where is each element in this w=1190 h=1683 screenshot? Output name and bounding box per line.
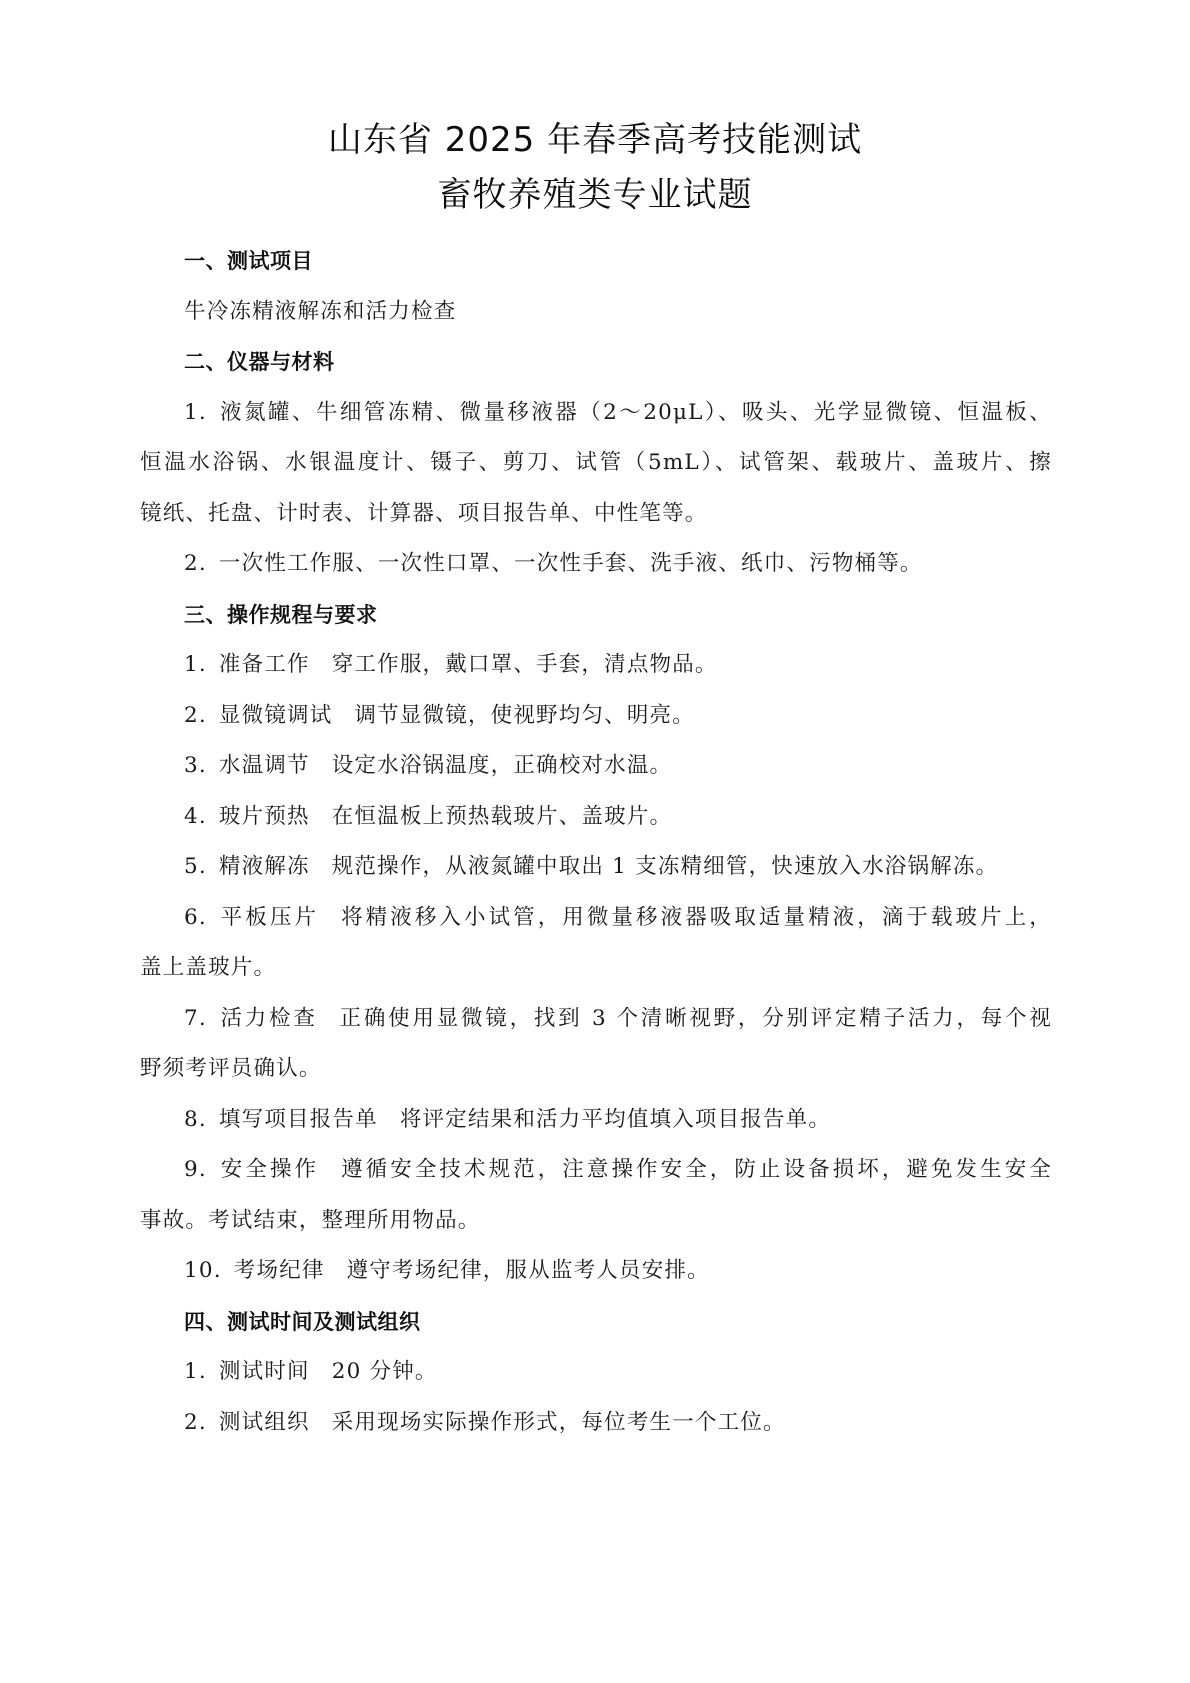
item-text: 采用现场实际操作形式，每位考生一个工位。 [332, 1410, 786, 1435]
item-label: 准备工作 [219, 652, 310, 677]
equipment-item-1-line2: 恒温水浴锅、水银温度计、镊子、剪刀、试管（5mL）、试管架、载玻片、盖玻片、擦 [140, 438, 1052, 489]
item-number: 4. [184, 804, 207, 829]
time-org-item-2: 2.测试组织采用现场实际操作形式，每位考生一个工位。 [140, 1398, 1052, 1449]
equipment-item-1-line1: 1.液氮罐、牛细管冻精、微量移液器（2～20μL）、吸头、光学显微镜、恒温板、 [140, 388, 1052, 439]
item-label: 考场纪律 [234, 1258, 325, 1283]
item-number: 7. [184, 1006, 207, 1031]
item-number: 5. [184, 854, 207, 879]
procedure-item-9: 9.安全操作遵循安全技术规范，注意操作安全，防止设备损坏，避免发生安全 [140, 1145, 1052, 1196]
item-text: 规范操作，从液氮罐中取出 1 支冻精细管，快速放入水浴锅解冻。 [332, 854, 999, 879]
item-text: 20 分钟。 [332, 1359, 438, 1384]
section-heading-equipment: 二、仪器与材料 [140, 337, 1052, 388]
item-label: 精液解冻 [219, 854, 310, 879]
equipment-item-1-line3: 镜纸、托盘、计时表、计算器、项目报告单、中性笔等。 [140, 489, 1052, 540]
item-text: 设定水浴锅温度，正确校对水温。 [332, 753, 673, 778]
document-body: 一、测试项目 牛冷冻精液解冻和活力检查 二、仪器与材料 1.液氮罐、牛细管冻精、… [140, 236, 1052, 1448]
item-number: 3. [184, 753, 207, 778]
procedure-item-5: 5.精液解冻规范操作，从液氮罐中取出 1 支冻精细管，快速放入水浴锅解冻。 [140, 842, 1052, 893]
item-text: 将评定结果和活力平均值填入项目报告单。 [400, 1107, 831, 1132]
procedure-item-6-continued: 盖上盖玻片。 [140, 943, 1052, 994]
item-number: 10. [184, 1258, 222, 1283]
procedure-item-10: 10.考场纪律遵守考场纪律，服从监考人员安排。 [140, 1246, 1052, 1297]
item-label: 测试时间 [219, 1359, 310, 1384]
procedure-item-6: 6.平板压片将精液移入小试管，用微量移液器吸取适量精液，滴于载玻片上， [140, 893, 1052, 944]
item-label: 填写项目报告单 [219, 1107, 378, 1132]
item-text: 遵守考场纪律，服从监考人员安排。 [347, 1258, 710, 1283]
item-text: 将精液移入小试管，用微量移液器吸取适量精液，滴于载玻片上， [341, 905, 1052, 930]
item-number: 8. [184, 1107, 207, 1132]
procedure-item-7-continued: 野须考评员确认。 [140, 1044, 1052, 1095]
item-number: 2. [184, 551, 207, 576]
item-label: 平板压片 [219, 905, 319, 930]
procedure-item-3: 3.水温调节设定水浴锅温度，正确校对水温。 [140, 741, 1052, 792]
test-item-content: 牛冷冻精液解冻和活力检查 [140, 287, 1052, 338]
item-number: 1. [184, 1359, 207, 1384]
item-text: 遵循安全技术规范，注意操作安全，防止设备损坏，避免发生安全 [341, 1157, 1052, 1182]
item-number: 9. [184, 1157, 207, 1182]
item-number: 1. [184, 652, 207, 677]
item-number: 2. [184, 703, 207, 728]
item-label: 活力检查 [219, 1006, 318, 1031]
procedure-item-7: 7.活力检查正确使用显微镜，找到 3 个清晰视野，分别评定精子活力，每个视 [140, 994, 1052, 1045]
item-label: 测试组织 [219, 1410, 310, 1435]
document-page: 山东省 2025 年春季高考技能测试 畜牧养殖类专业试题 一、测试项目 牛冷冻精… [0, 0, 1190, 1683]
item-text: 液氮罐、牛细管冻精、微量移液器（2～20μL）、吸头、光学显微镜、恒温板、 [219, 400, 1052, 425]
item-text: 在恒温板上预热载玻片、盖玻片。 [332, 804, 673, 829]
procedure-item-1: 1.准备工作穿工作服，戴口罩、手套，清点物品。 [140, 640, 1052, 691]
item-number: 1. [184, 400, 207, 425]
item-label: 安全操作 [219, 1157, 319, 1182]
procedure-item-8: 8.填写项目报告单将评定结果和活力平均值填入项目报告单。 [140, 1095, 1052, 1146]
item-number: 2. [184, 1410, 207, 1435]
procedure-item-9-continued: 事故。考试结束，整理所用物品。 [140, 1196, 1052, 1247]
time-org-item-1: 1.测试时间20 分钟。 [140, 1347, 1052, 1398]
item-text: 一次性工作服、一次性口罩、一次性手套、洗手液、纸巾、污物桶等。 [219, 551, 923, 576]
item-label: 水温调节 [219, 753, 310, 778]
item-text: 调节显微镜，使视野均匀、明亮。 [354, 703, 695, 728]
item-number: 6. [184, 905, 207, 930]
item-text: 穿工作服，戴口罩、手套，清点物品。 [332, 652, 718, 677]
procedure-item-2: 2.显微镜调试调节显微镜，使视野均匀、明亮。 [140, 691, 1052, 742]
equipment-item-2: 2.一次性工作服、一次性口罩、一次性手套、洗手液、纸巾、污物桶等。 [140, 539, 1052, 590]
document-title-line2: 畜牧养殖类专业试题 [0, 175, 1190, 215]
section-heading-time-and-organization: 四、测试时间及测试组织 [140, 1297, 1052, 1348]
item-label: 显微镜调试 [219, 703, 333, 728]
item-text: 正确使用显微镜，找到 3 个清晰视野，分别评定精子活力，每个视 [340, 1006, 1052, 1031]
section-heading-test-item: 一、测试项目 [140, 236, 1052, 287]
section-heading-procedures: 三、操作规程与要求 [140, 590, 1052, 641]
item-label: 玻片预热 [219, 804, 310, 829]
procedure-item-4: 4.玻片预热在恒温板上预热载玻片、盖玻片。 [140, 792, 1052, 843]
document-title-line1: 山东省 2025 年春季高考技能测试 [0, 120, 1190, 160]
